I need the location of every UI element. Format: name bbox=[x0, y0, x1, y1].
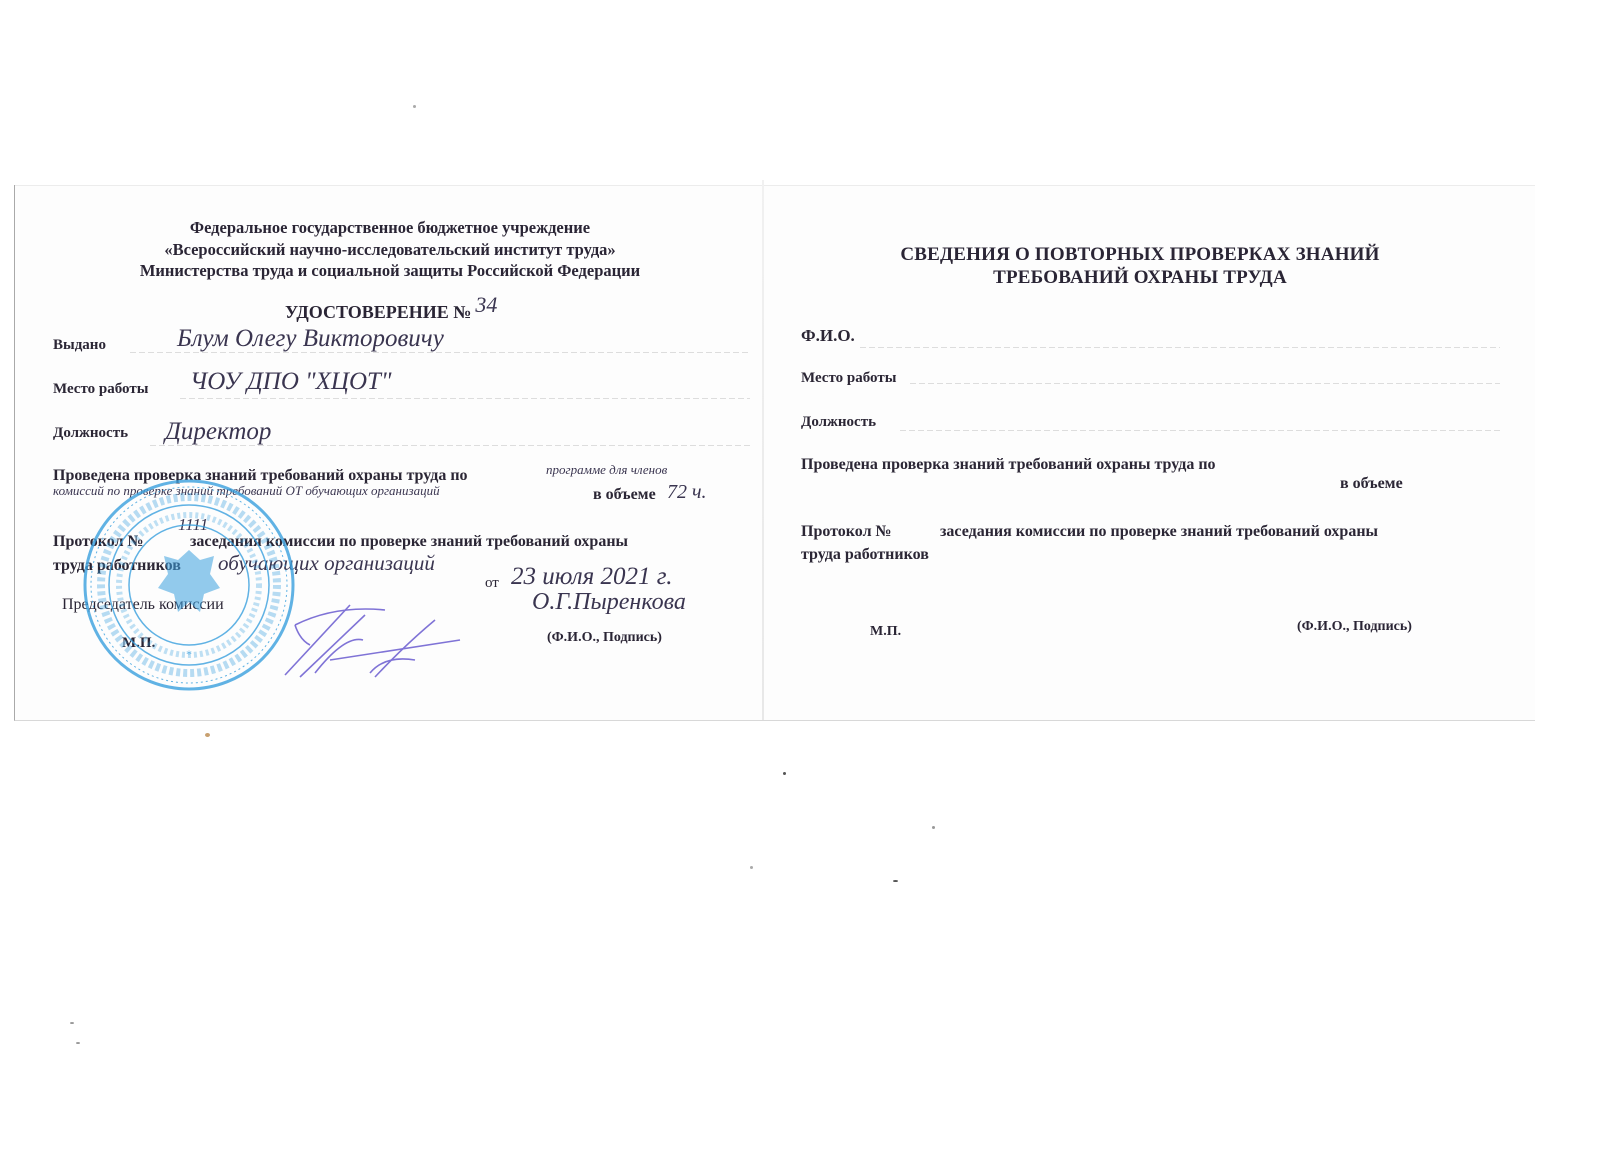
right-volume-label: в объеме bbox=[1340, 475, 1403, 493]
right-position-label: Должность bbox=[801, 414, 876, 431]
scan-speck bbox=[76, 1042, 80, 1044]
certificate-title-label: УДОСТОВЕРЕНИЕ № bbox=[285, 302, 471, 322]
scan-speck bbox=[70, 1022, 74, 1024]
institution-line-3: Министерства труда и социальной защиты Р… bbox=[40, 261, 740, 281]
chairman-name: О.Г.Пыренкова bbox=[532, 589, 686, 616]
certificate-title: УДОСТОВЕРЕНИЕ № 34 bbox=[285, 298, 497, 324]
issued-to-label: Выдано bbox=[53, 337, 106, 354]
scan-speck bbox=[205, 733, 210, 737]
right-title-line-2: ТРЕБОВАНИЙ ОХРАНЫ ТРУДА bbox=[770, 267, 1510, 289]
right-protocol-text-line-1: заседания комиссии по проверке знаний тр… bbox=[940, 523, 1378, 541]
right-seal-label: М.П. bbox=[870, 624, 901, 640]
right-workplace-underline bbox=[910, 383, 1500, 384]
position-value: Директор bbox=[165, 418, 271, 446]
scan-speck bbox=[932, 826, 935, 829]
protocol-date-value: 23 июля 2021 г. bbox=[511, 563, 672, 591]
right-signature-caption: (Ф.И.О., Подпись) bbox=[1297, 619, 1412, 635]
scan-speck bbox=[893, 880, 898, 882]
check-volume-value: 72 ч. bbox=[667, 481, 707, 504]
protocol-date-prefix: от bbox=[485, 575, 499, 592]
right-check-label: Проведена проверка знаний требований охр… bbox=[801, 456, 1216, 474]
chairman-signature-caption: (Ф.И.О., Подпись) bbox=[547, 630, 662, 646]
check-volume-label: в объеме bbox=[593, 486, 656, 504]
workplace-label: Место работы bbox=[53, 381, 148, 398]
fold-line bbox=[762, 180, 764, 720]
workplace-underline bbox=[180, 398, 750, 399]
scan-speck bbox=[750, 866, 753, 869]
check-program-line-1: программе для членов bbox=[546, 462, 667, 478]
workplace-value: ЧОУ ДПО "ХЦОТ" bbox=[190, 368, 391, 396]
scan-speck bbox=[783, 772, 786, 775]
institution-line-2: «Всероссийский научно-исследовательский … bbox=[40, 240, 740, 260]
svg-text:*: * bbox=[186, 647, 192, 661]
position-label: Должность bbox=[53, 425, 128, 442]
issued-to-value: Блум Олегу Викторовичу bbox=[177, 325, 444, 353]
right-protocol-text-line-2: труда работников bbox=[801, 546, 929, 564]
official-stamp-icon: * bbox=[82, 478, 297, 693]
right-fio-underline bbox=[860, 347, 1500, 348]
right-title-line-1: СВЕДЕНИЯ О ПОВТОРНЫХ ПРОВЕРКАХ ЗНАНИЙ bbox=[770, 244, 1510, 266]
institution-line-1: Федеральное государственное бюджетное уч… bbox=[40, 218, 740, 238]
right-workplace-label: Место работы bbox=[801, 370, 896, 387]
right-fio-label: Ф.И.О. bbox=[801, 326, 855, 346]
right-position-underline bbox=[900, 430, 1500, 431]
certificate-number: 34 bbox=[475, 292, 497, 317]
chairman-signature-icon bbox=[275, 585, 465, 680]
issued-to-underline bbox=[130, 352, 750, 353]
scan-speck bbox=[413, 105, 416, 108]
right-protocol-label: Протокол № bbox=[801, 523, 892, 541]
position-underline bbox=[150, 445, 750, 446]
